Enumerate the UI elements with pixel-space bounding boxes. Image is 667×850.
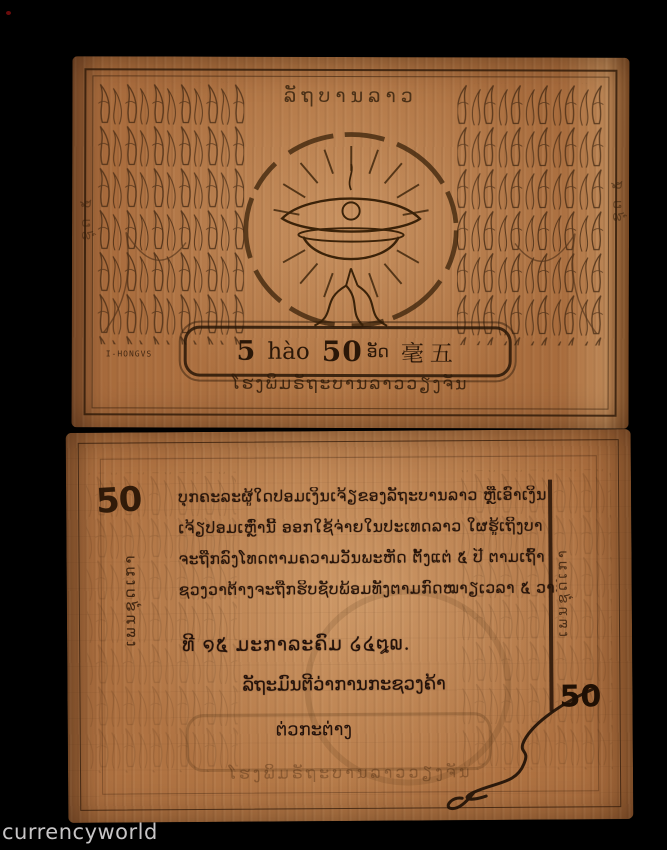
legal-text-line: ບຸກຄະລະຜູ້ໃດປອມເງິນເຈ້ຽຂອງລັຖະບານລາວ ຫຼື… bbox=[178, 486, 556, 507]
seller-watermark: currencyworld bbox=[2, 820, 158, 844]
central-emblem-illustration bbox=[205, 123, 498, 344]
dust-speck bbox=[6, 11, 11, 15]
denomination-number: 5 bbox=[237, 336, 256, 367]
back-value-top-left: 50 bbox=[95, 479, 143, 522]
legal-text-line: ເຈ້ຽປອມເຫຼົ່ານີ້ ອອກໃຊ້ຈ່າຍໃນປະເທດລາວ ໃຜ… bbox=[178, 517, 556, 538]
date-line: ທີ ໑໕ ມະກາລະຄົມ ໒໔໘໙. bbox=[182, 633, 411, 657]
signature-ink bbox=[407, 677, 613, 816]
legal-text-line: ຈະຖືກລົງໂທດຕາມຄວາມວັນພະຫັດ ຕັ້ງແຕ່ ໕ ປີ … bbox=[178, 548, 556, 569]
denomination-value: 50 bbox=[322, 335, 363, 368]
denomination-cartouche: 5 hào 50 ອັດ 毫五 bbox=[184, 326, 512, 378]
legal-text-block: ບຸກຄະລະຜູ້ໃດປອມເງິນເຈ້ຽຂອງລັຖະບານລາວ ຫຼື… bbox=[178, 486, 557, 613]
front-left-edge-stamp: ຊຸດ ໕ bbox=[78, 196, 94, 240]
printer-imprint-line: ໂຮງພິມຣັຖະບານລາວວຽງຈັນ bbox=[72, 373, 629, 394]
back-right-vertical-stamp: ເພນຊຸດເກາ bbox=[554, 547, 571, 636]
legal-text-line: ຊວງວາຕ້າງຈະຖືກຮິບຊັບພ້ອມທັງຕາມກົດໝາຽເວລາ… bbox=[179, 579, 557, 600]
front-right-edge-stamp: ຊຸດ ໕ bbox=[609, 178, 625, 222]
deputy-line: ຕ່ວກະຕ່າງ bbox=[276, 719, 352, 741]
engraver-mark: I-HONGVS bbox=[106, 349, 153, 358]
denomination-unit-lao: ອັດ bbox=[367, 342, 389, 362]
banknote-front: ລັຖບານລາວ bbox=[72, 56, 630, 428]
denomination-chinese: 毫五 bbox=[401, 335, 459, 368]
denomination-unit-latin: hào bbox=[267, 338, 309, 364]
banknote-back: ໂຮງພິມຣັຖະບານລາວວຽງຈັນ 50 ເພນຊຸດເກາ ເພນຊ… bbox=[66, 429, 634, 823]
back-left-vertical-stamp: ເພນຊຸດເກາ bbox=[120, 552, 139, 646]
currency-photo: ລັຖບານລາວ bbox=[0, 0, 667, 850]
